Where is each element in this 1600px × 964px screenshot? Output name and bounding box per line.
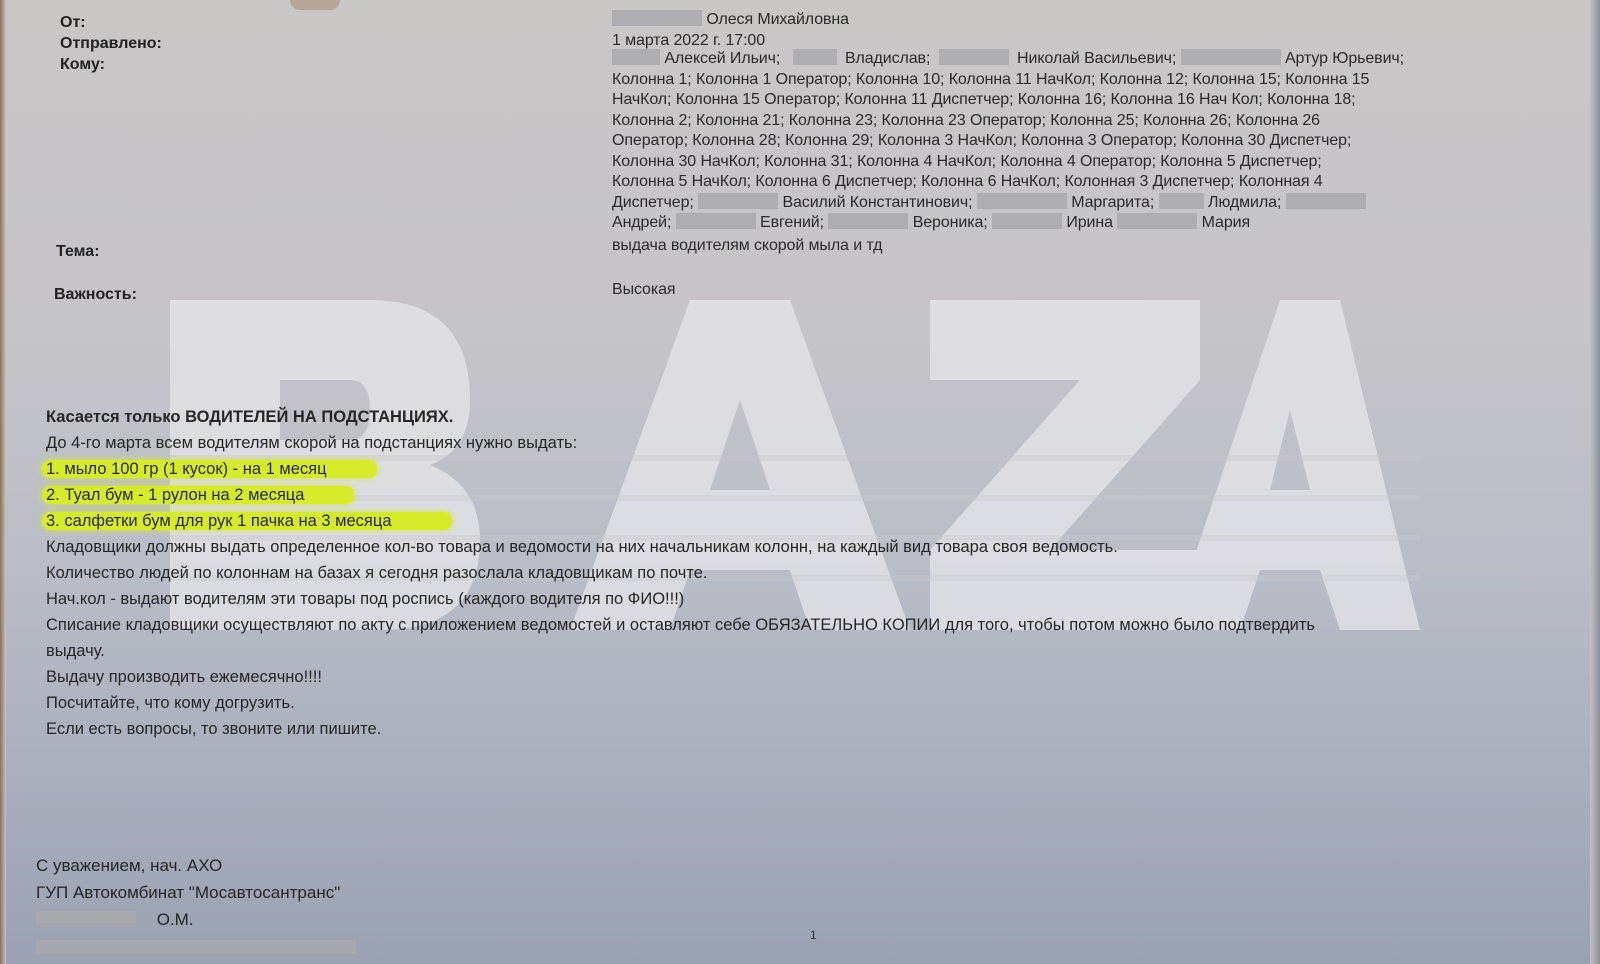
body-instruction: До 4-го марта всем водителям скорой на п… bbox=[46, 430, 1526, 456]
photo-artifact bbox=[290, 0, 340, 10]
recipients-line: Колонна 5 НачКол; Колонна 6 Диспетчер; К… bbox=[612, 172, 1512, 193]
from-label: От: bbox=[60, 14, 86, 32]
redacted-block bbox=[36, 911, 136, 927]
list-item: 2. Туал бум - 1 рулон на 2 месяца bbox=[46, 482, 1526, 508]
redacted-block bbox=[1181, 49, 1281, 65]
redacted-block bbox=[992, 213, 1062, 229]
redacted-block bbox=[939, 49, 1009, 65]
intro-text: Касается только bbox=[46, 408, 185, 426]
body-paragraph: Нач.кол - выдают водителям эти товары по… bbox=[46, 586, 1526, 612]
redacted-block bbox=[612, 49, 660, 65]
redacted-block bbox=[1286, 193, 1366, 209]
recipients-line: НачКол; Колонна 15 Оператор; Колонна 11 … bbox=[612, 90, 1512, 111]
highlighted-item: 3. салфетки бум для рук 1 пачка на 3 мес… bbox=[42, 512, 452, 530]
highlighted-item: 1. мыло 100 гр (1 кусок) - на 1 месяц bbox=[42, 460, 377, 478]
redacted-block bbox=[612, 10, 702, 26]
recipients-line: Алексей Ильич; Владислав; Николай Василь… bbox=[612, 49, 1512, 70]
to-label: Кому: bbox=[60, 56, 105, 74]
signature-organization: ГУП Автокомбинат "Мосавтосантранс" bbox=[36, 879, 356, 906]
body-paragraph: Выдачу производить ежемесячно!!!! bbox=[46, 664, 1526, 690]
redacted-block bbox=[676, 213, 756, 229]
redacted-block bbox=[36, 933, 356, 960]
recipient: Владислав; bbox=[845, 50, 930, 67]
recipient: Евгений; bbox=[760, 214, 824, 231]
recipient: Алексей Ильич; bbox=[664, 50, 780, 67]
signature-initials: О.М. bbox=[157, 910, 194, 929]
recipients-line: Колонна 30 НачКол; Колонна 31; Колонна 4… bbox=[612, 152, 1512, 173]
sender-name: Олеся Михайловна bbox=[706, 11, 849, 28]
body-paragraph: выдачу. bbox=[46, 638, 1526, 664]
paper-edge bbox=[1590, 0, 1600, 964]
importance-value: Высокая bbox=[612, 280, 675, 301]
signature-block: С уважением, нач. АХО ГУП Автокомбинат "… bbox=[36, 852, 356, 960]
recipients-line: Колонна 1; Колонна 1 Оператор; Колонна 1… bbox=[612, 70, 1512, 91]
recipient: Маргарита; bbox=[1071, 194, 1154, 211]
intro-emphasis: ВОДИТЕЛЕЙ НА ПОДСТАНЦИЯХ. bbox=[185, 408, 453, 426]
redacted-block bbox=[828, 213, 908, 229]
sent-label: Отправлено: bbox=[60, 35, 162, 53]
body-intro: Касается только ВОДИТЕЛЕЙ НА ПОДСТАНЦИЯХ… bbox=[46, 404, 1526, 430]
recipient: Диспетчер; bbox=[612, 194, 694, 211]
body-paragraph: Количество людей по колоннам на базах я … bbox=[46, 560, 1526, 586]
redacted-block bbox=[793, 49, 837, 65]
redacted-block bbox=[1159, 193, 1204, 209]
recipient: Вероника; bbox=[913, 214, 988, 231]
signature-name: О.М. bbox=[36, 906, 356, 933]
redacted-block bbox=[698, 193, 778, 209]
from-value: Олеся Михайловна bbox=[612, 10, 849, 31]
page-number: 1 bbox=[810, 928, 817, 942]
recipients-list: Алексей Ильич; Владислав; Николай Василь… bbox=[612, 49, 1512, 234]
recipients-line: Колонна 2; Колонна 21; Колонна 23; Колон… bbox=[612, 111, 1512, 132]
importance-label: Важность: bbox=[54, 286, 137, 304]
recipient: Василий Константинович; bbox=[782, 194, 972, 211]
recipient: Николай Васильевич; bbox=[1017, 50, 1176, 67]
recipient: Ирина bbox=[1066, 214, 1113, 231]
paper-edge bbox=[0, 0, 6, 964]
body-paragraph: Если есть вопросы, то звоните или пишите… bbox=[46, 716, 1526, 742]
signature-greeting: С уважением, нач. АХО bbox=[36, 852, 356, 879]
recipient: Андрей; bbox=[612, 214, 671, 231]
message-body: Касается только ВОДИТЕЛЕЙ НА ПОДСТАНЦИЯХ… bbox=[46, 404, 1526, 742]
body-paragraph: Посчитайте, что кому догрузить. bbox=[46, 690, 1526, 716]
recipient: Мария bbox=[1202, 214, 1250, 231]
subject-label: Тема: bbox=[56, 243, 100, 261]
recipients-line: Андрей; Евгений; Вероника; Ирина Мария bbox=[612, 213, 1512, 234]
body-paragraph: Кладовщики должны выдать определенное ко… bbox=[46, 534, 1526, 560]
recipients-line: Оператор; Колонна 28; Колонна 29; Колонн… bbox=[612, 131, 1512, 152]
list-item: 1. мыло 100 гр (1 кусок) - на 1 месяц bbox=[46, 456, 1526, 482]
redacted-block bbox=[1117, 213, 1197, 229]
recipient: Артур Юрьевич; bbox=[1285, 50, 1404, 67]
recipients-line: Диспетчер; Василий Константинович; Марга… bbox=[612, 193, 1512, 214]
body-paragraph: Списание кладовщики осуществляют по акту… bbox=[46, 612, 1526, 638]
list-item: 3. салфетки бум для рук 1 пачка на 3 мес… bbox=[46, 508, 1526, 534]
redacted-block bbox=[977, 193, 1067, 209]
recipient: Людмила; bbox=[1208, 194, 1281, 211]
subject-value: выдача водителям скорой мыла и тд bbox=[612, 236, 882, 257]
highlighted-item: 2. Туал бум - 1 рулон на 2 месяца bbox=[42, 486, 354, 504]
